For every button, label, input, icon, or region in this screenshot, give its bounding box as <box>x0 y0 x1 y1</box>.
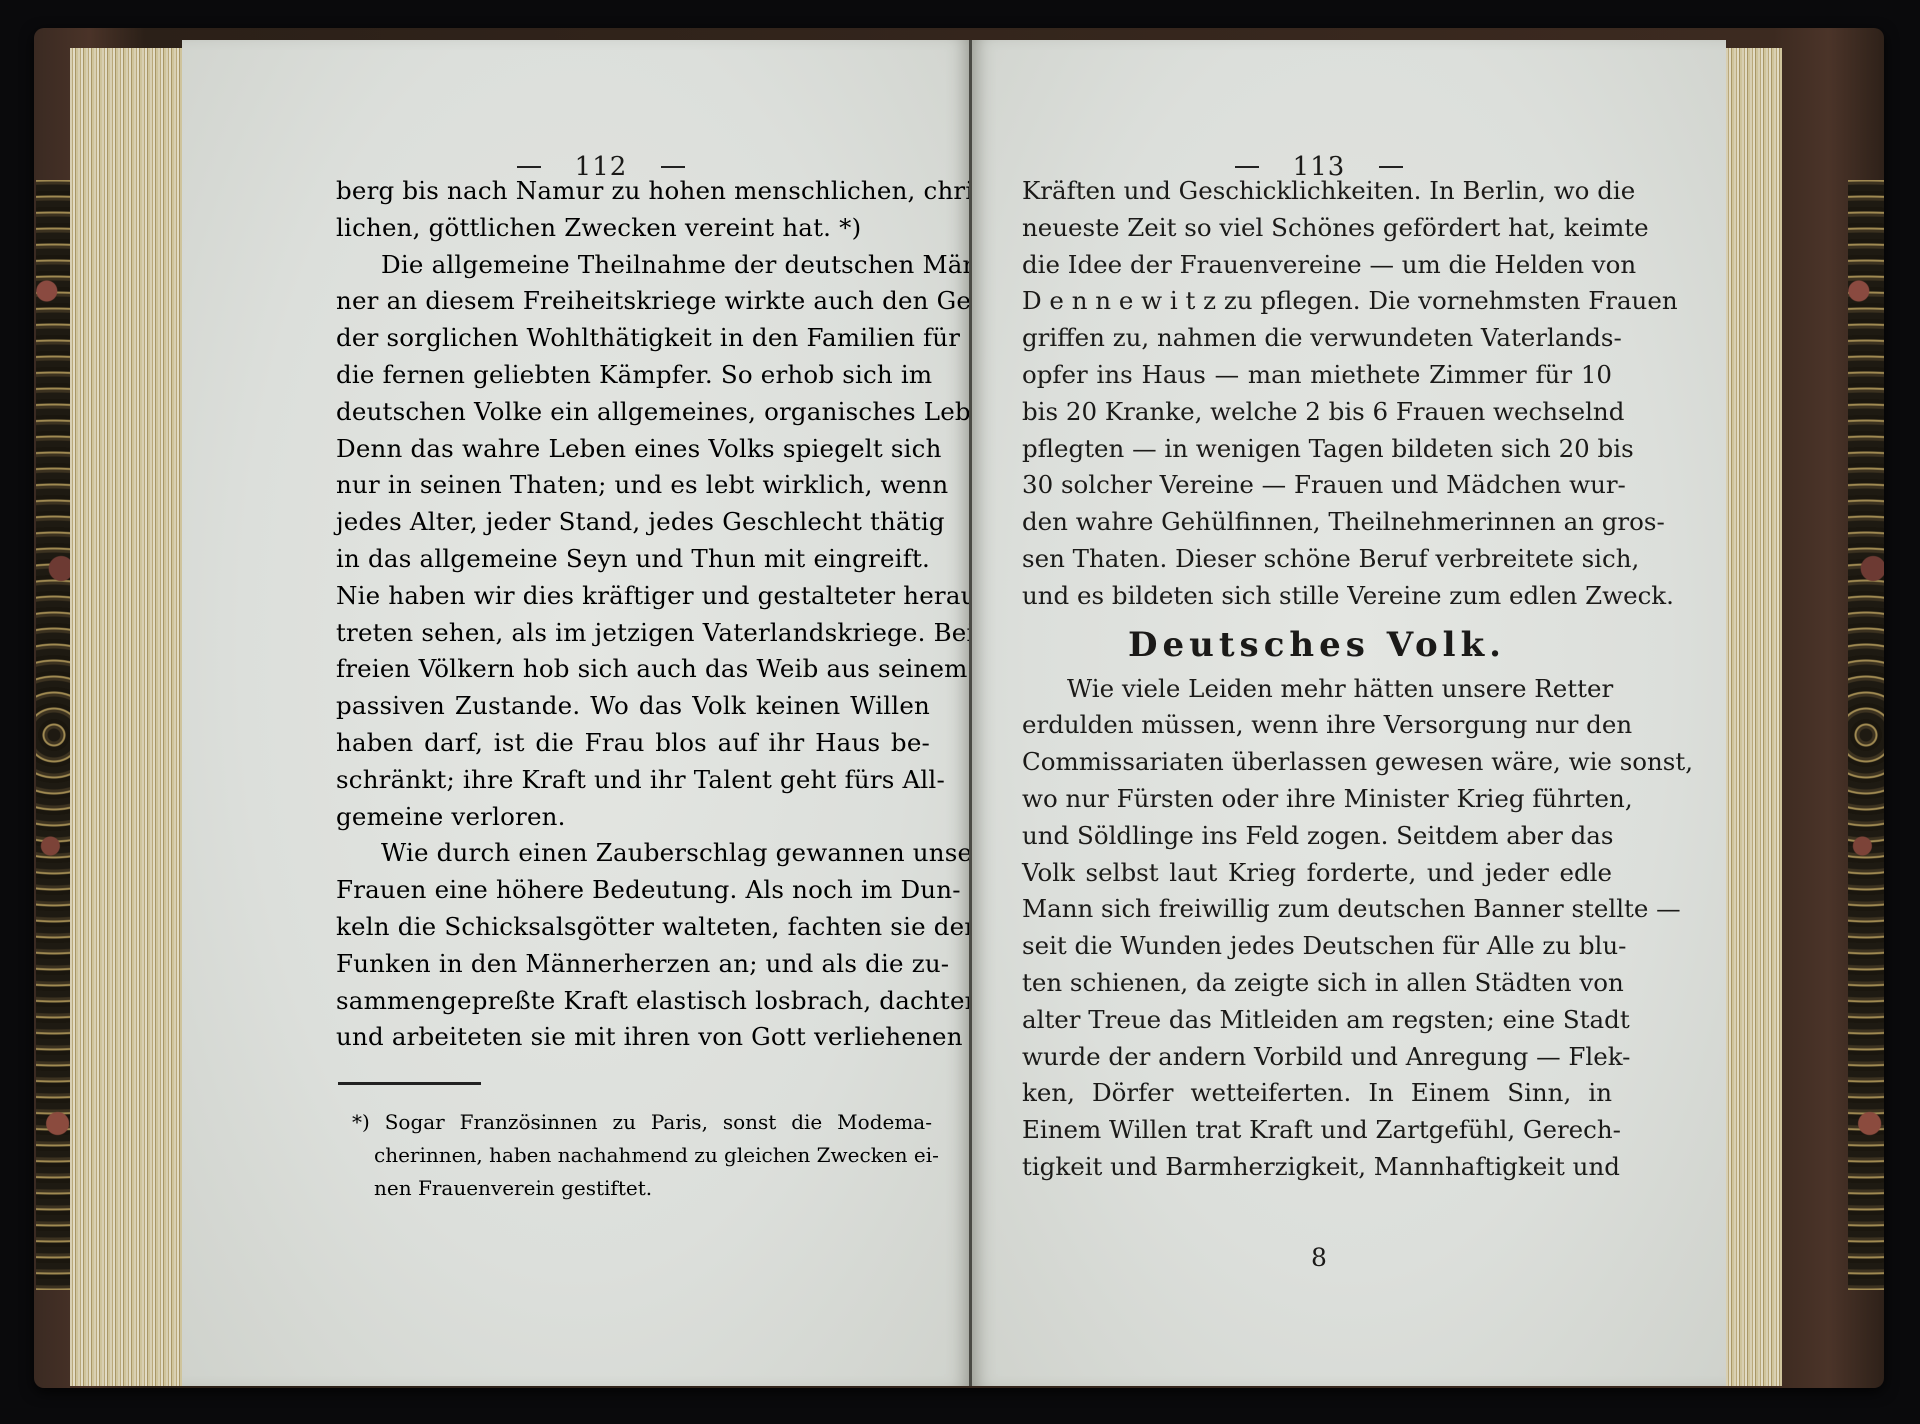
text-line: deutschen Volke ein allgemeines, organis… <box>336 394 930 431</box>
text-line: in das allgemeine Seyn und Thun mit eing… <box>336 541 930 578</box>
text-line: Kräften und Geschicklichkeiten. In Berli… <box>1022 173 1612 210</box>
page-edges-left <box>70 48 182 1386</box>
marbled-cover-right <box>1848 180 1884 1290</box>
text-line: tigkeit und Barmherzigkeit, Mannhaftigke… <box>1022 1149 1612 1186</box>
text-line: Die allgemeine Theilnahme der deutschen … <box>336 247 930 284</box>
footnote-rule <box>338 1082 481 1085</box>
left-page-body: berg bis nach Namur zu hohen menschliche… <box>336 173 930 1056</box>
text-line: jedes Alter, jeder Stand, jedes Geschlec… <box>336 504 930 541</box>
text-line: ner an diesem Freiheitskriege wirkte auc… <box>336 283 930 320</box>
text-line: berg bis nach Namur zu hohen menschliche… <box>336 173 930 210</box>
text-line: Nie haben wir dies kräftiger und gestalt… <box>336 578 930 615</box>
text-line: neueste Zeit so viel Schönes gefördert h… <box>1022 210 1612 247</box>
text-line: Funken in den Männerherzen an; und als d… <box>336 946 930 983</box>
text-line: opfer ins Haus — man miethete Zimmer für… <box>1022 357 1612 394</box>
text-line: treten sehen, als im jetzigen Vaterlands… <box>336 615 930 652</box>
text-line: keln die Schicksalsgötter walteten, fach… <box>336 909 930 946</box>
section-heading: Deutsches Volk. <box>1022 625 1612 665</box>
text-line: passiven Zustande. Wo das Volk keinen Wi… <box>336 688 930 725</box>
text-line: und Söldlinge ins Feld zogen. Seitdem ab… <box>1022 818 1612 855</box>
footnote-line: cherinnen, haben nachahmend zu gleichen … <box>352 1139 932 1172</box>
page-edges-right <box>1726 48 1782 1386</box>
dash-ornament <box>517 166 541 168</box>
text-line: nur in seinen Thaten; und es lebt wirkli… <box>336 467 930 504</box>
text-line: Wie durch einen Zauberschlag gewannen un… <box>336 835 930 872</box>
text-line: ken, Dörfer wetteiferten. In Einem Sinn,… <box>1022 1075 1612 1112</box>
dash-ornament <box>1235 166 1259 168</box>
text-line: 30 solcher Vereine — Frauen und Mädchen … <box>1022 467 1612 504</box>
text-line: freien Völkern hob sich auch das Weib au… <box>336 651 930 688</box>
footnote: *) Sogar Französinnen zu Paris, sonst di… <box>352 1106 932 1205</box>
dash-ornament <box>1379 166 1403 168</box>
text-line: gemeine verloren. <box>336 799 930 836</box>
text-line: und es bildeten sich stille Vereine zum … <box>1022 578 1612 615</box>
text-line: sen Thaten. Dieser schöne Beruf verbreit… <box>1022 541 1612 578</box>
text-line: Denn das wahre Leben eines Volks spiegel… <box>336 431 930 468</box>
text-line: ten schienen, da zeigte sich in allen St… <box>1022 965 1612 1002</box>
text-line: die fernen geliebten Kämpfer. So erhob s… <box>336 357 930 394</box>
right-page-body: Kräften und Geschicklichkeiten. In Berli… <box>1022 173 1612 1186</box>
text-line: bis 20 Kranke, welche 2 bis 6 Frauen wec… <box>1022 394 1612 431</box>
marbled-cover-left <box>36 180 72 1290</box>
text-line: sammengepreßte Kraft elastisch losbrach,… <box>336 983 930 1020</box>
text-line: und arbeiteten sie mit ihren von Gott ve… <box>336 1019 930 1056</box>
text-line: lichen, göttlichen Zwecken vereint hat. … <box>336 210 930 247</box>
text-line: Volk selbst laut Krieg forderte, und jed… <box>1022 855 1612 892</box>
text-line: pflegten — in wenigen Tagen bildeten sic… <box>1022 431 1612 468</box>
footnote-line: *) Sogar Französinnen zu Paris, sonst di… <box>352 1106 932 1139</box>
text-line: Mann sich freiwillig zum deutschen Banne… <box>1022 891 1612 928</box>
text-line: Commissariaten überlassen gewesen wäre, … <box>1022 744 1612 781</box>
signature-mark: 8 <box>972 1243 1726 1272</box>
footnote-line: nen Frauenverein gestiftet. <box>352 1172 932 1205</box>
text-line: wurde der andern Vorbild und Anregung — … <box>1022 1039 1612 1076</box>
text-line: die Idee der Frauenvereine — um die Held… <box>1022 247 1612 284</box>
text-line: seit die Wunden jedes Deutschen für Alle… <box>1022 928 1612 965</box>
text-line: der sorglichen Wohlthätigkeit in den Fam… <box>336 320 930 357</box>
text-line: griffen zu, nahmen die verwundeten Vater… <box>1022 320 1612 357</box>
text-line: alter Treue das Mitleiden am regsten; ei… <box>1022 1002 1612 1039</box>
text-line: schränkt; ihre Kraft und ihr Talent geht… <box>336 762 930 799</box>
text-line: wo nur Fürsten oder ihre Minister Krieg … <box>1022 781 1612 818</box>
text-line: Frauen eine höhere Bedeutung. Als noch i… <box>336 872 930 909</box>
dash-ornament <box>661 166 685 168</box>
text-line: D e n n e w i t z zu pflegen. Die vorneh… <box>1022 283 1612 320</box>
text-line: Wie viele Leiden mehr hätten unsere Rett… <box>1022 671 1612 708</box>
text-line: haben darf, ist die Frau blos auf ihr Ha… <box>336 725 930 762</box>
text-line: den wahre Gehülfinnen, Theilnehmerinnen … <box>1022 504 1612 541</box>
text-line: Einem Willen trat Kraft und Zartgefühl, … <box>1022 1112 1612 1149</box>
text-line: erdulden müssen, wenn ihre Versorgung nu… <box>1022 707 1612 744</box>
